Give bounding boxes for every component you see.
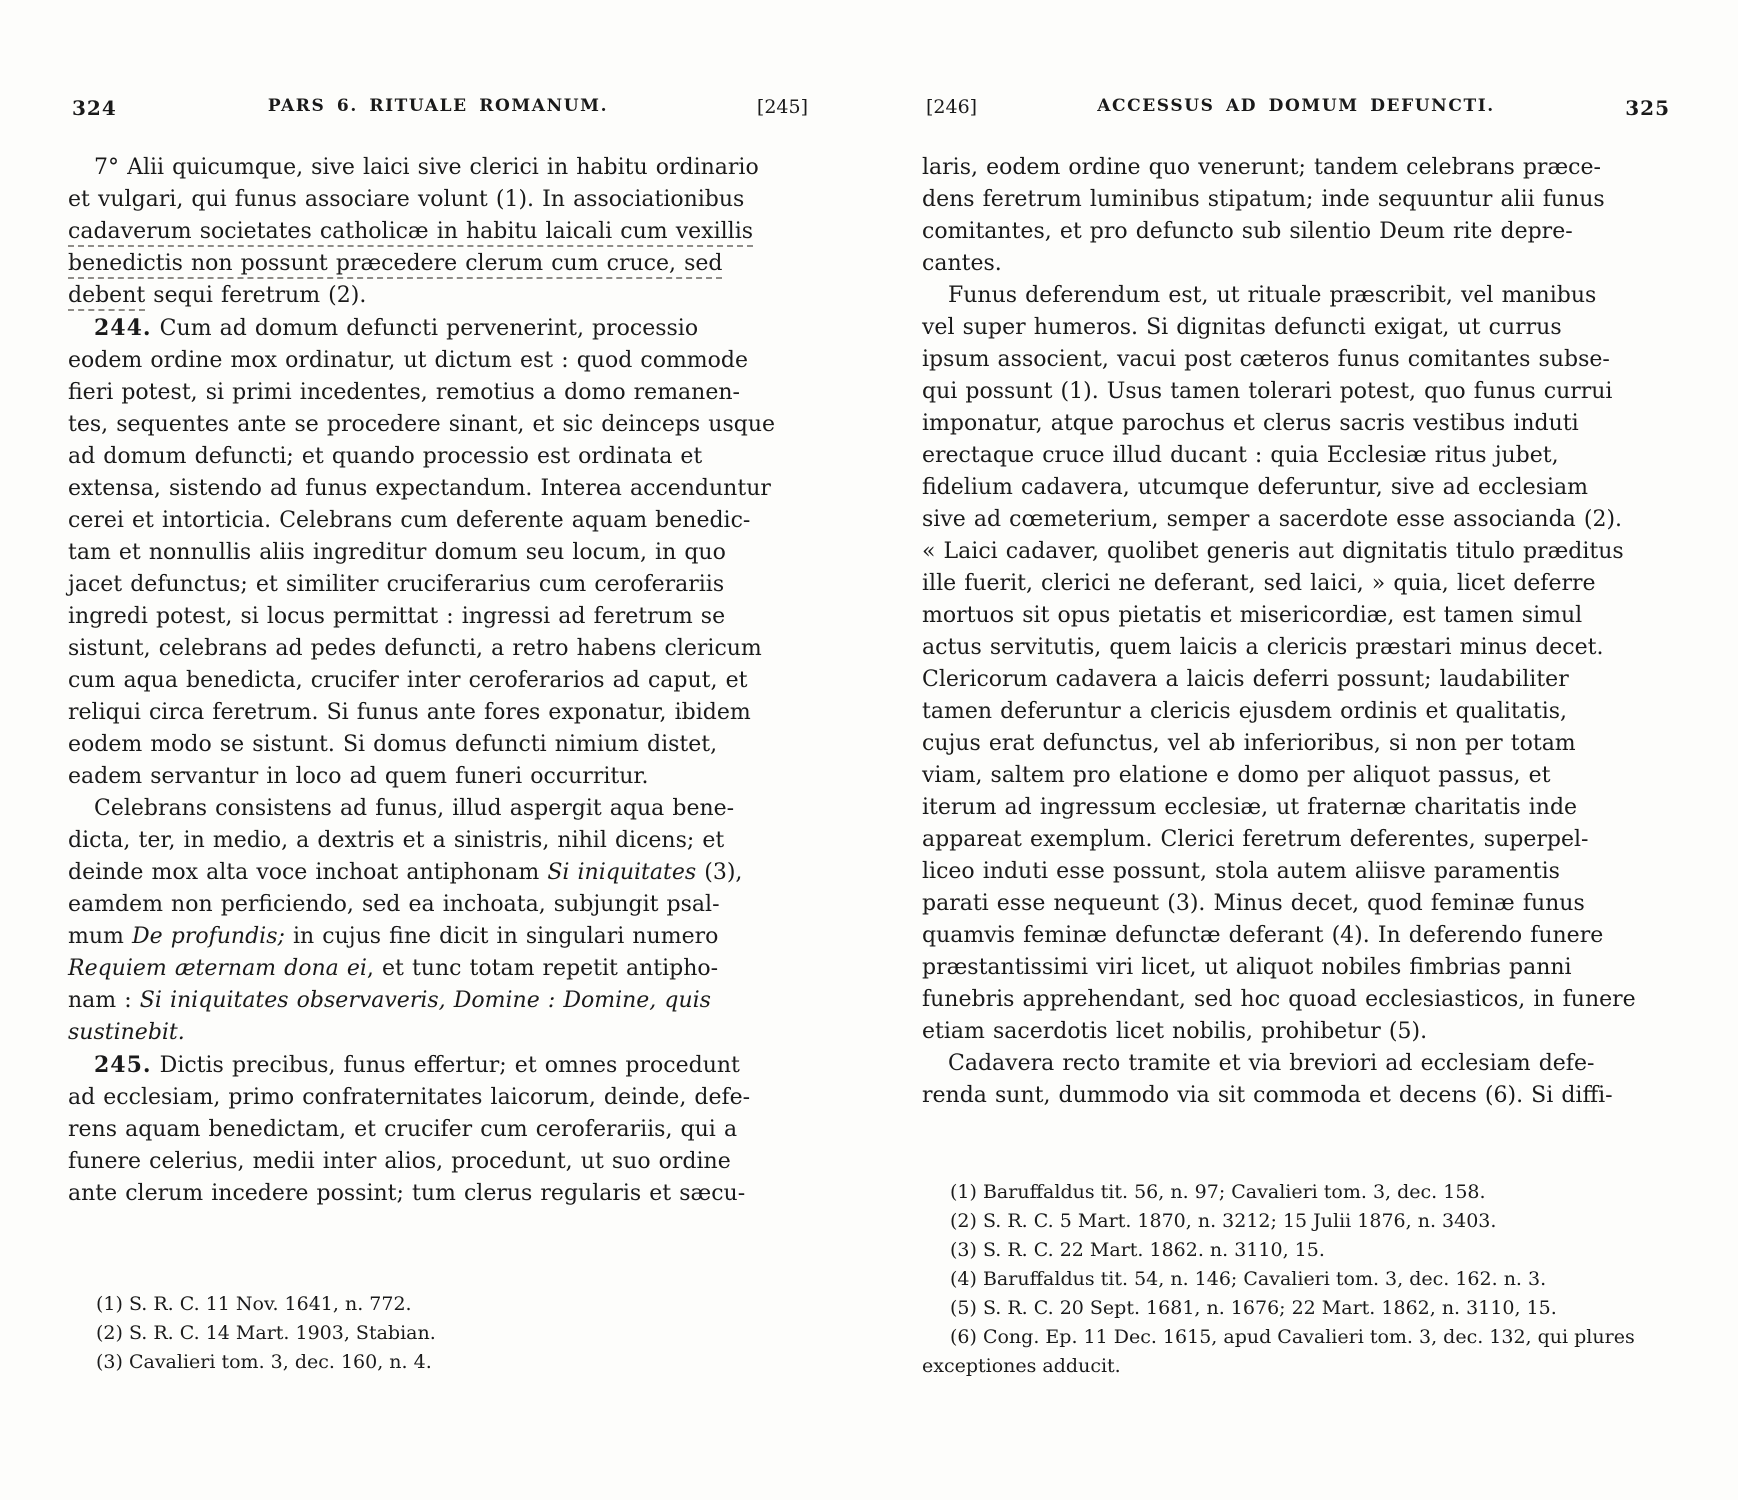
- paragraph: 245. Dictis precibus, funus effertur; et…: [68, 1049, 808, 1210]
- running-title: PARS 6. RITUALE ROMANUM.: [68, 96, 808, 116]
- text-segment: Requiem æternam dona ei: [68, 956, 367, 981]
- text-segment: debent: [68, 283, 145, 308]
- footnote: (4) Baruffaldus tit. 54, n. 146; Cavalie…: [922, 1265, 1670, 1294]
- text-segment: De profundis;: [132, 924, 285, 949]
- page-header: 324 PARS 6. RITUALE ROMANUM. [245]: [68, 96, 808, 126]
- footnote: (2) S. R. C. 5 Mart. 1870, n. 3212; 15 J…: [922, 1207, 1670, 1236]
- footnote: (6) Cong. Ep. 11 Dec. 1615, apud Cavalie…: [922, 1323, 1670, 1381]
- footnotes: (1) S. R. C. 11 Nov. 1641, n. 772.(2) S.…: [68, 1290, 808, 1377]
- text-segment: Si iniquitates observaveris, Domine : Do…: [68, 988, 711, 1045]
- text-segment: Funus deferendum est, ut rituale præscri…: [922, 283, 1636, 1044]
- footnotes: (1) Baruffaldus tit. 56, n. 97; Cavalier…: [922, 1178, 1670, 1381]
- paragraph: 244. Cum ad domum defuncti pervenerint, …: [68, 312, 808, 793]
- text-segment: 7° Alii quicumque, sive laici sive cleri…: [68, 155, 759, 212]
- text-segment: Si iniquitates: [547, 860, 696, 885]
- paragraph: 7° Alii quicumque, sive laici sive cleri…: [68, 152, 808, 312]
- paragraph: Funus deferendum est, ut rituale præscri…: [922, 280, 1670, 1048]
- footnote: (1) Baruffaldus tit. 56, n. 97; Cavalier…: [922, 1178, 1670, 1207]
- text-segment: laris, eodem ordine quo venerunt; tandem…: [922, 155, 1605, 276]
- page-body: 7° Alii quicumque, sive laici sive cleri…: [68, 152, 808, 1210]
- page-right: [246] ACCESSUS AD DOMUM DEFUNCTI. 325 la…: [922, 96, 1670, 1381]
- text-segment: Cadavera recto tramite et via breviori a…: [922, 1051, 1613, 1108]
- page-header: [246] ACCESSUS AD DOMUM DEFUNCTI. 325: [922, 96, 1670, 126]
- page-left: 324 PARS 6. RITUALE ROMANUM. [245] 7° Al…: [68, 96, 808, 1377]
- section-marker: [245]: [757, 96, 808, 118]
- text-segment: 244.: [94, 315, 152, 341]
- paragraph: laris, eodem ordine quo venerunt; tandem…: [922, 152, 1670, 280]
- page-number: 325: [1625, 96, 1670, 120]
- footnote: (1) S. R. C. 11 Nov. 1641, n. 772.: [68, 1290, 808, 1319]
- paragraph: Cadavera recto tramite et via breviori a…: [922, 1048, 1670, 1112]
- footnote: (3) S. R. C. 22 Mart. 1862. n. 3110, 15.: [922, 1236, 1670, 1265]
- footnote: (3) Cavalieri tom. 3, dec. 160, n. 4.: [68, 1348, 808, 1377]
- paragraph: Celebrans consistens ad funus, illud asp…: [68, 793, 808, 1049]
- text-segment: sequi feretrum (2).: [145, 283, 366, 308]
- text-segment: cadaverum societates catholicæ in habitu…: [68, 219, 753, 276]
- text-segment: Dictis precibus, funus effertur; et omne…: [68, 1053, 750, 1206]
- text-segment: 245.: [94, 1052, 152, 1078]
- book-spread: 324 PARS 6. RITUALE ROMANUM. [245] 7° Al…: [0, 0, 1738, 1500]
- running-title: ACCESSUS AD DOMUM DEFUNCTI.: [922, 96, 1670, 116]
- footnote: (2) S. R. C. 14 Mart. 1903, Stabian.: [68, 1319, 808, 1348]
- text-segment: Cum ad domum defuncti pervenerint, proce…: [68, 316, 775, 789]
- footnote: (5) S. R. C. 20 Sept. 1681, n. 1676; 22 …: [922, 1294, 1670, 1323]
- text-segment: in cujus fine dicit in singulari numero: [285, 924, 718, 949]
- page-body: laris, eodem ordine quo venerunt; tandem…: [922, 152, 1670, 1112]
